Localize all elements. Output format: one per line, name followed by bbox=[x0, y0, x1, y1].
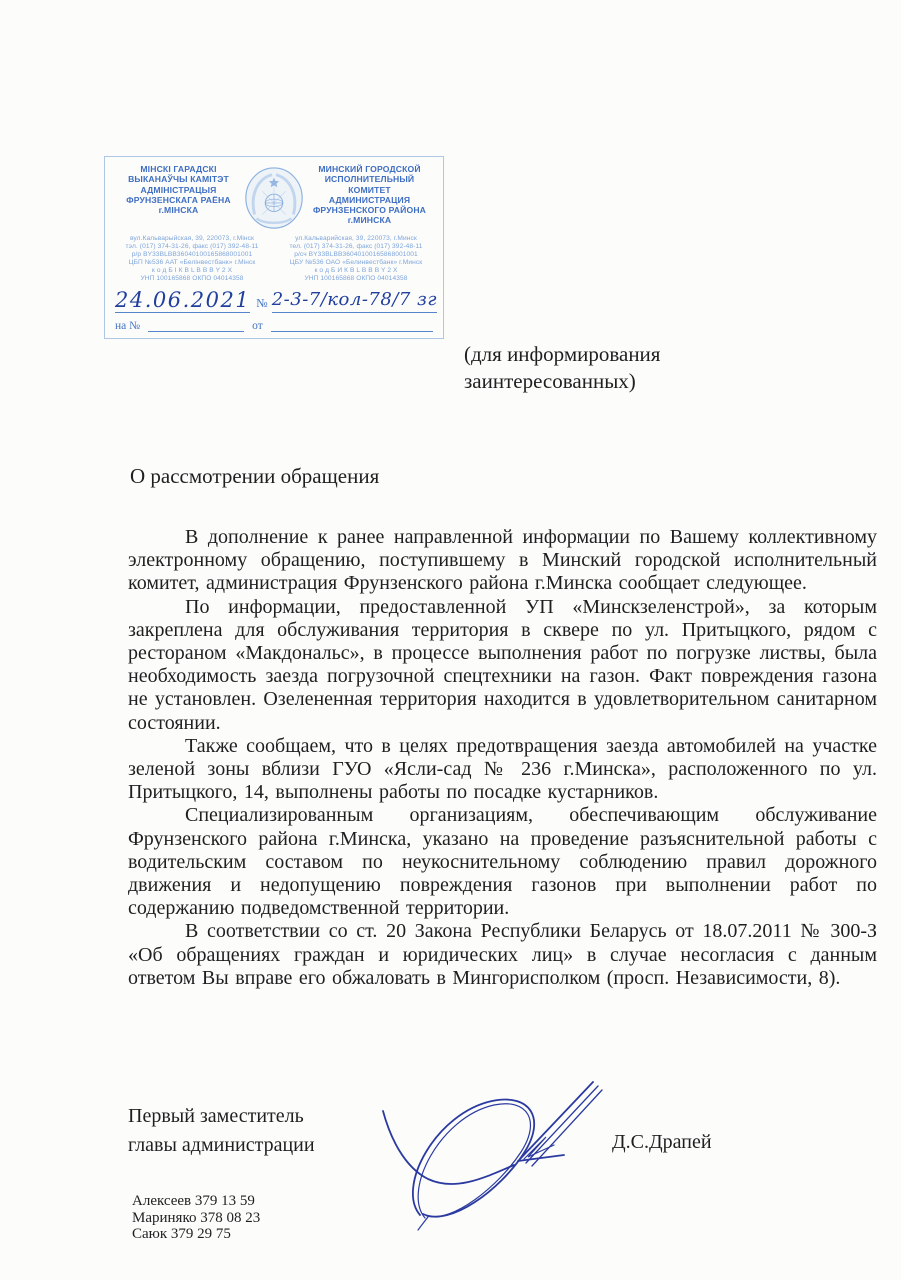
stamp-header: МІНСКІ ГАРАДСКІ ВЫКАНАЎЧЫ КАМІТЭТ АДМІНІ… bbox=[115, 164, 433, 232]
contact-line: Мариняко 378 08 23 bbox=[132, 1210, 260, 1227]
bank-details-belarusian: вул.Кальварыйская, 39, 220073, г.Мінск т… bbox=[115, 235, 269, 283]
detail-line: к о д Б И К B L B B B Y 2 X bbox=[279, 267, 433, 275]
org-name-russian: МИНСКИЙ ГОРОДСКОЙ ИСПОЛНИТЕЛЬНЫЙ КОМИТЕТ… bbox=[306, 164, 433, 226]
detail-line: УНП 100165868 ОКПО 04014358 bbox=[279, 275, 433, 283]
reference-row: на № от bbox=[115, 317, 433, 332]
contact-line: Саюк 379 29 75 bbox=[132, 1226, 260, 1243]
body-paragraph: В соответствии со ст. 20 Закона Республи… bbox=[128, 920, 877, 990]
detail-line: к о д Б І К B L B B B Y 2 X bbox=[115, 267, 269, 275]
stamp-requisites: вул.Кальварыйская, 39, 220073, г.Мінск т… bbox=[115, 235, 433, 283]
handwritten-date-text: 24.06.2021 bbox=[115, 288, 250, 312]
signatory-position-line: Первый заместитель bbox=[128, 1102, 315, 1131]
detail-line: р/р BY33BLBB36040100165868001001 bbox=[115, 251, 269, 259]
org-line: АДМІНІСТРАЦЫЯ bbox=[115, 185, 242, 195]
org-line: АДМИНИСТРАЦИЯ bbox=[306, 195, 433, 205]
blank-line bbox=[148, 318, 244, 332]
signature-scribble bbox=[368, 1074, 608, 1236]
org-line: г.МИНСКА bbox=[306, 215, 433, 225]
body-paragraph: Специализированным организациям, обеспеч… bbox=[128, 804, 877, 920]
detail-line: вул.Кальварыйская, 39, 220073, г.Мінск bbox=[115, 235, 269, 243]
letter-body: В дополнение к ранее направленной информ… bbox=[128, 526, 877, 990]
contact-line: Алексеев 379 13 59 bbox=[132, 1193, 260, 1210]
org-name-belarusian: МІНСКІ ГАРАДСКІ ВЫКАНАЎЧЫ КАМІТЭТ АДМІНІ… bbox=[115, 164, 242, 215]
org-line: ФРУНЗЕНСКАГА РАЁНА bbox=[115, 195, 242, 205]
org-line: МИНСКИЙ ГОРОДСКОЙ bbox=[306, 164, 433, 174]
coat-of-arms-icon bbox=[242, 166, 306, 232]
signatory-position: Первый заместитель главы администрации bbox=[128, 1102, 315, 1160]
detail-line: ул.Кальварийская, 39, 220073, г.Минск bbox=[279, 235, 433, 243]
letterhead-stamp: МІНСКІ ГАРАДСКІ ВЫКАНАЎЧЫ КАМІТЭТ АДМІНІ… bbox=[104, 156, 444, 339]
org-line: МІНСКІ ГАРАДСКІ bbox=[115, 164, 242, 174]
handwritten-number-text: 2-3-7/кол-78/7 зг bbox=[272, 289, 437, 310]
detail-line: ЦБП №536 ААТ «Белінвестбанк» г.Мінск bbox=[115, 259, 269, 267]
recipient-note: (для информирования заинтересованных) bbox=[464, 341, 660, 395]
org-line: ИСПОЛНИТЕЛЬНЫЙ КОМИТЕТ bbox=[306, 174, 433, 195]
in-reply-to-label: на № bbox=[115, 320, 140, 332]
signatory-position-line: главы администрации bbox=[128, 1131, 315, 1160]
org-line: ВЫКАНАЎЧЫ КАМІТЭТ bbox=[115, 174, 242, 184]
detail-line: УНП 100165868 ОКПО 04014358 bbox=[115, 275, 269, 283]
body-paragraph: Также сообщаем, что в целях предотвращен… bbox=[128, 735, 877, 805]
recipient-note-line: заинтересованных) bbox=[464, 368, 660, 395]
detail-line: р/сч BY33BLBB36040100165868001001 bbox=[279, 251, 433, 259]
numero-label: № bbox=[256, 296, 267, 311]
handwritten-date: 24.06.2021 bbox=[115, 288, 250, 313]
signatory-name: Д.С.Драпей bbox=[612, 1131, 712, 1154]
subject-line: О рассмотрении обращения bbox=[130, 464, 379, 489]
date-number-row: 24.06.2021 № 2-3-7/кол-78/7 зг bbox=[115, 286, 433, 313]
org-line: г.МІНСКА bbox=[115, 205, 242, 215]
recipient-note-line: (для информирования bbox=[464, 341, 660, 368]
body-paragraph: По информации, предоставленной УП «Минск… bbox=[128, 596, 877, 735]
detail-line: тел. (017) 374-31-26, факс (017) 392-48-… bbox=[279, 243, 433, 251]
executor-contacts: Алексеев 379 13 59 Мариняко 378 08 23 Са… bbox=[132, 1193, 260, 1243]
handwritten-outgoing-number: 2-3-7/кол-78/7 зг bbox=[272, 288, 437, 313]
org-line: ФРУНЗЕНСКОГО РАЙОНА bbox=[306, 205, 433, 215]
detail-line: ЦБУ №536 ОАО «Белинвестбанк» г.Минск bbox=[279, 259, 433, 267]
detail-line: тэл. (017) 374-31-26, факс (017) 392-48-… bbox=[115, 243, 269, 251]
body-paragraph: В дополнение к ранее направленной информ… bbox=[128, 526, 877, 596]
bank-details-russian: ул.Кальварийская, 39, 220073, г.Минск те… bbox=[279, 235, 433, 283]
blank-line bbox=[271, 318, 433, 332]
from-label: от bbox=[252, 320, 263, 332]
scanned-letter-page: МІНСКІ ГАРАДСКІ ВЫКАНАЎЧЫ КАМІТЭТ АДМІНІ… bbox=[0, 0, 901, 1280]
